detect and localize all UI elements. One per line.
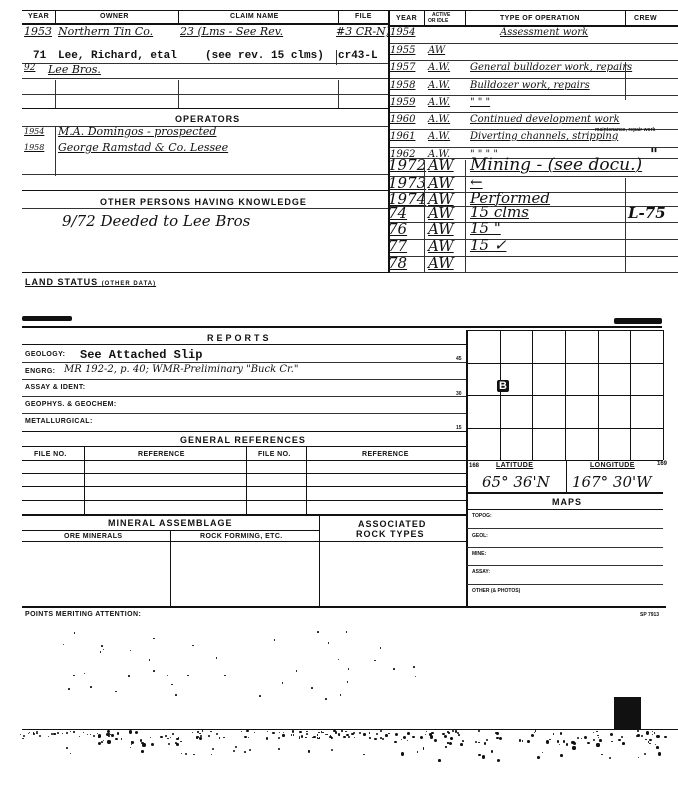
scan-speck [318, 732, 320, 734]
scan-speck [296, 670, 298, 672]
scan-speck [413, 666, 415, 668]
assay-label: ASSAY & IDENT: [25, 384, 85, 391]
row-line [22, 413, 466, 414]
scan-speck [434, 739, 437, 742]
scan-speck [395, 733, 398, 736]
geology-value: See Attached Slip [80, 348, 202, 362]
scan-speck [499, 737, 502, 740]
scan-speck [171, 684, 173, 686]
ref-col-divider [84, 446, 85, 514]
owner-row-2-claim: (see rev. 15 clms) [205, 50, 324, 62]
scan-speck [338, 659, 340, 661]
scan-speck [299, 731, 301, 733]
scan-speck [168, 743, 170, 745]
scan-speck [181, 753, 182, 754]
ops-status-divider [424, 160, 425, 272]
scan-speck [429, 733, 432, 736]
scan-speck [131, 741, 134, 744]
ref-header-file-2: FILE NO. [258, 451, 291, 458]
scan-speck [101, 741, 103, 743]
scan-speck [70, 753, 71, 754]
section-bottom-line [22, 606, 666, 608]
scan-speck [200, 735, 202, 737]
scan-speck [621, 736, 623, 738]
grid-mark: B [497, 380, 509, 392]
row-line [22, 473, 466, 474]
scan-speck [306, 733, 308, 735]
section-line [22, 514, 466, 516]
ops-row-type: Bulldozer work, repairs [470, 80, 590, 91]
scan-speck [278, 737, 280, 739]
owner-row-3-owner: Lee Bros. [48, 63, 101, 76]
points-meriting-attention: POINTS MERITING ATTENTION: [25, 611, 141, 618]
maps-topog: TOPOG: [472, 513, 492, 519]
scan-speck [312, 737, 313, 738]
scan-speck [135, 731, 138, 734]
ops-row-type: 15 ✓ [470, 236, 506, 254]
scan-speck [563, 740, 565, 742]
ops-row-line [390, 60, 678, 61]
scan-speck [254, 732, 255, 733]
scan-speck [559, 744, 561, 746]
scan-speck [497, 759, 500, 762]
scan-speck [108, 735, 110, 737]
scan-speck [224, 675, 226, 677]
grid-hline [467, 428, 663, 429]
lat-long-divider [566, 460, 567, 492]
scan-speck [130, 650, 132, 652]
scan-speck [341, 730, 343, 732]
scan-speck [319, 737, 320, 738]
scan-speck [644, 753, 646, 755]
ops-row-type: Mining - (see docu.) [470, 155, 642, 175]
general-references-title: GENERAL REFERENCES [180, 435, 306, 445]
row-line [22, 208, 388, 209]
scan-speck [39, 735, 41, 737]
scan-speck [458, 734, 460, 736]
ops-row-line [390, 147, 678, 148]
scan-speck [141, 742, 143, 744]
scan-speck [363, 754, 365, 756]
ops-row-type: Assessment work [500, 27, 588, 38]
land-status-title: LAND STATUS (OTHER DATA) [25, 277, 156, 287]
scan-speck [611, 741, 613, 743]
scan-speck [610, 733, 613, 736]
section-line [22, 108, 388, 109]
scan-speck [584, 736, 587, 739]
scan-speck [170, 737, 171, 738]
scan-speck [447, 742, 448, 743]
scan-speck [478, 742, 480, 744]
scan-speck [74, 632, 76, 634]
scan-speck [317, 631, 319, 633]
ops-row-status: A.W. [428, 131, 450, 142]
ref-col-divider [306, 446, 307, 514]
owner-row-1-claim: 23 (Lms - See Rev. [180, 25, 283, 38]
operator-2-name: George Ramstad & Co. Lessee [58, 141, 228, 154]
land-status-label: LAND STATUS [25, 277, 98, 287]
owner-row-1-year: 1953 [24, 25, 52, 38]
scan-speck [282, 682, 284, 684]
ops-row-line [390, 272, 678, 273]
scan-speck [202, 730, 204, 732]
scan-speck [407, 732, 410, 735]
scan-speck [199, 733, 200, 734]
ops-header-idle: OR IDLE [428, 18, 448, 24]
ops-row-status: A.W. [428, 80, 450, 91]
scan-speck [553, 733, 554, 734]
row-line [22, 486, 466, 487]
scan-speck [241, 731, 242, 732]
scan-speck [107, 740, 110, 743]
scan-speck [572, 746, 575, 749]
scan-speck [645, 739, 647, 741]
scan-speck [534, 732, 535, 733]
scan-speck [328, 642, 330, 644]
scan-speck [167, 738, 168, 739]
grid-hline [467, 395, 663, 396]
scan-speck [401, 739, 402, 740]
scan-speck [369, 732, 370, 733]
ops-row-status: A.W. [428, 97, 450, 108]
geophys-label: GEOPHYS. & GEOCHEM: [25, 401, 117, 408]
scan-speck [28, 733, 29, 734]
scan-speck [219, 737, 221, 739]
operator-col-divider [55, 126, 56, 176]
scan-speck [343, 736, 345, 738]
ops-row-type: General bulldozer work, repairs [470, 62, 632, 73]
scan-speck [326, 734, 327, 735]
ops-row-year: 1961 [390, 131, 415, 142]
maps-other: OTHER (& PHOTOS) [472, 588, 520, 594]
ops-row-year: 1960 [390, 114, 415, 125]
ops-crew-divider-upper [625, 62, 626, 100]
scan-speck [577, 737, 579, 739]
scan-speck [233, 750, 235, 752]
longitude-label: LONGITUDE [590, 462, 635, 469]
section-line [22, 190, 388, 191]
rock-forming-label: ROCK FORMING, ETC. [200, 533, 283, 540]
scan-speck [291, 734, 292, 735]
ops-row-note: maintenance, repair work [595, 127, 655, 133]
ops-row-year: 78 [388, 254, 407, 272]
scan-speck [581, 738, 582, 739]
scan-speck [84, 673, 86, 675]
grid-bottom [467, 460, 663, 461]
col-divider [55, 80, 56, 108]
scan-speck [420, 736, 423, 739]
row-line [22, 396, 466, 397]
scan-speck [210, 731, 211, 732]
scan-speck [149, 659, 151, 661]
scan-speck [566, 743, 568, 745]
scan-speck [649, 743, 650, 744]
scan-speck [641, 735, 643, 737]
ops-row-year: 76 [388, 220, 407, 238]
scan-speck [432, 736, 433, 737]
scan-speck [185, 753, 187, 755]
scan-speck [438, 759, 441, 762]
ops-header-crew: CREW [634, 15, 657, 22]
maps-assay: ASSAY: [472, 569, 490, 575]
scan-speck [573, 742, 576, 745]
scan-speck [596, 743, 599, 746]
scan-speck [33, 733, 35, 735]
header-year: YEAR [28, 13, 49, 20]
other-persons-entry: 9/72 Deeded to Lee Bros [62, 212, 250, 230]
reports-corner-right [614, 318, 662, 324]
scan-speck [374, 738, 376, 740]
scan-speck [63, 644, 65, 646]
scan-speck [70, 731, 71, 732]
scan-speck [176, 738, 178, 740]
scan-speck [150, 737, 151, 738]
scan-speck [106, 733, 109, 736]
scan-speck [212, 748, 214, 750]
row-line [467, 492, 663, 494]
scan-speck [401, 752, 404, 755]
scan-speck [380, 730, 382, 732]
ops-row-year: 1955 [390, 45, 415, 56]
scan-speck [338, 733, 340, 735]
scan-speck [282, 734, 284, 736]
row-line [22, 500, 466, 501]
scan-speck [259, 695, 261, 697]
mineral-col-divider [170, 530, 171, 606]
ops-row-line [390, 78, 678, 79]
other-persons-title: OTHER PERSONS HAVING KNOWLEDGE [100, 197, 307, 207]
scan-speck [335, 731, 337, 733]
scan-speck [235, 746, 237, 748]
scan-speck [448, 732, 449, 733]
ops-row-crew: " [650, 145, 658, 163]
scan-speck [68, 688, 70, 690]
owner-row-2-file: cr43-L [338, 50, 378, 62]
ops-row-status: A.W. [428, 62, 450, 73]
maps-title: MAPS [552, 497, 582, 507]
owner-row-3-year: 92 [24, 63, 35, 73]
scan-speck [394, 741, 397, 744]
scan-speck [423, 748, 425, 750]
scan-speck [293, 734, 294, 735]
scan-speck [192, 645, 194, 647]
scan-speck [331, 749, 333, 751]
scan-speck [172, 733, 174, 735]
ops-header-type: TYPE OF OPERATION [500, 15, 580, 22]
scan-speck [599, 739, 602, 742]
ref-header-reference-2: REFERENCE [362, 451, 409, 458]
scan-speck [346, 631, 348, 633]
scan-speck [484, 742, 487, 745]
ops-row-status: AW [428, 254, 454, 272]
scan-speck [283, 732, 284, 733]
scan-speck [129, 730, 132, 733]
row-line [22, 446, 466, 447]
scan-speck [478, 754, 481, 757]
scan-speck [426, 731, 427, 732]
scan-speck [165, 735, 167, 737]
scan-speck [267, 731, 268, 732]
scan-speck [601, 754, 602, 755]
scan-speck [444, 735, 447, 738]
scan-speck [244, 751, 246, 753]
scan-speck [36, 733, 38, 735]
scan-speck [278, 748, 280, 750]
scan-speck [340, 694, 342, 696]
col-divider [178, 80, 179, 108]
scan-speck [98, 734, 101, 737]
scan-speck [442, 733, 444, 735]
form-code: SP 7913 [640, 612, 659, 618]
scan-speck [531, 734, 534, 737]
scan-speck [208, 735, 210, 737]
ops-row-year: 1959 [390, 97, 415, 108]
scan-speck [385, 734, 388, 737]
scan-speck [622, 742, 625, 745]
ops-row-type: Continued development work [470, 114, 620, 125]
scan-speck [478, 730, 480, 732]
header-claim-name: CLAIM NAME [230, 13, 279, 20]
scan-speck [175, 694, 177, 696]
scan-speck [272, 732, 274, 734]
scan-speck [216, 733, 218, 735]
scan-speck [407, 740, 408, 741]
ops-row-year: 1972 [388, 156, 426, 174]
latitude-value: 65° 36'N [482, 473, 550, 491]
scan-speck [62, 733, 63, 734]
scan-speck [658, 752, 661, 755]
row-line [22, 174, 388, 175]
scan-speck [542, 752, 544, 754]
scan-speck [587, 742, 590, 745]
ops-crew-divider [625, 178, 626, 272]
scan-speck [66, 732, 68, 734]
scan-speck [637, 730, 639, 732]
scan-speck [128, 675, 130, 677]
col-divider-year [55, 10, 56, 23]
scan-speck [393, 668, 395, 670]
scan-speck [656, 735, 659, 738]
scan-speck [354, 737, 355, 738]
scan-speck [308, 750, 310, 752]
associated-col-divider [319, 514, 320, 606]
row-line [22, 541, 466, 542]
scan-speck [131, 744, 133, 746]
scan-speck [348, 736, 350, 738]
scan-speck [376, 733, 378, 735]
scan-speck [87, 734, 88, 735]
lat-prefix: 168 [469, 463, 479, 469]
operator-2-year: 1958 [24, 143, 44, 152]
ops-row-crew: L-75 [628, 204, 666, 222]
scan-artifact-line [22, 729, 678, 730]
scan-speck [475, 741, 477, 743]
scan-speck [460, 743, 463, 746]
scan-speck [345, 731, 346, 732]
row-line [22, 94, 388, 95]
scan-speck [369, 737, 371, 739]
scan-speck [101, 645, 103, 647]
scan-speck [449, 742, 452, 745]
scan-speck [313, 736, 315, 738]
scan-speck [311, 687, 313, 689]
scan-speck [100, 651, 102, 653]
ore-minerals-label: ORE MINERALS [64, 533, 122, 540]
scan-speck [522, 740, 523, 741]
operators-title: OPERATORS [175, 114, 240, 124]
ref-header-reference-1: REFERENCE [138, 451, 185, 458]
geology-label: GEOLOGY: [25, 351, 65, 358]
ops-row-status: AW [428, 156, 454, 174]
scan-speck [153, 670, 155, 672]
scan-speck [211, 754, 212, 755]
scan-speck [636, 735, 638, 737]
scan-speck [654, 732, 655, 733]
scan-speck [560, 732, 562, 734]
longitude-value: 167° 30'W [572, 473, 652, 491]
scan-speck [546, 740, 549, 743]
ops-row-status: A.W. [428, 114, 450, 125]
scan-speck [279, 732, 280, 733]
scan-speck [57, 732, 59, 734]
maps-mine: MINE: [472, 551, 486, 557]
header-owner: OWNER [100, 13, 129, 20]
scan-speck [415, 676, 417, 678]
scan-speck [244, 736, 246, 738]
scan-speck [655, 744, 656, 745]
scan-speck [560, 754, 563, 757]
scan-speck [535, 730, 537, 732]
scan-speck [187, 675, 189, 677]
col-divider [338, 80, 339, 108]
ops-header-year: YEAR [396, 15, 417, 22]
metallurgical-label: METALLURGICAL: [25, 418, 93, 425]
scan-speck [557, 740, 559, 742]
scan-speck [359, 732, 361, 734]
ops-row-line [390, 112, 678, 113]
engrg-value: MR 192-2, p. 40; WMR-Preliminary "Buck C… [64, 364, 298, 375]
row-line [467, 584, 663, 585]
reports-top-line [22, 326, 662, 328]
scan-speck [66, 747, 68, 749]
ops-row-status: AW [428, 220, 454, 238]
scan-speck [274, 639, 276, 641]
operator-1-name: M.A. Domingos - prospected [58, 125, 216, 138]
scan-speck [450, 737, 453, 740]
section-line [22, 431, 466, 432]
scan-speck [115, 691, 117, 693]
scan-speck [22, 738, 23, 739]
scan-speck [380, 647, 382, 649]
scan-speck [246, 730, 248, 732]
scan-speck [151, 743, 154, 746]
ref-col-divider [246, 446, 247, 514]
scan-speck [491, 750, 493, 752]
scan-speck [417, 751, 418, 752]
row-line [467, 509, 663, 510]
scan-speck [73, 675, 75, 677]
scan-speck [167, 675, 169, 677]
scan-speck [103, 649, 105, 651]
scan-speck [121, 738, 122, 739]
mineral-assemblage-title: MINERAL ASSEMBLAGE [108, 518, 233, 528]
scan-speck [117, 732, 119, 734]
engrg-label: ENGRG: [25, 368, 55, 375]
scan-speck [593, 732, 595, 734]
grid-vline [663, 330, 664, 460]
row-line [467, 565, 663, 566]
owner-row-1-file: #3 CR-N) [336, 25, 390, 38]
